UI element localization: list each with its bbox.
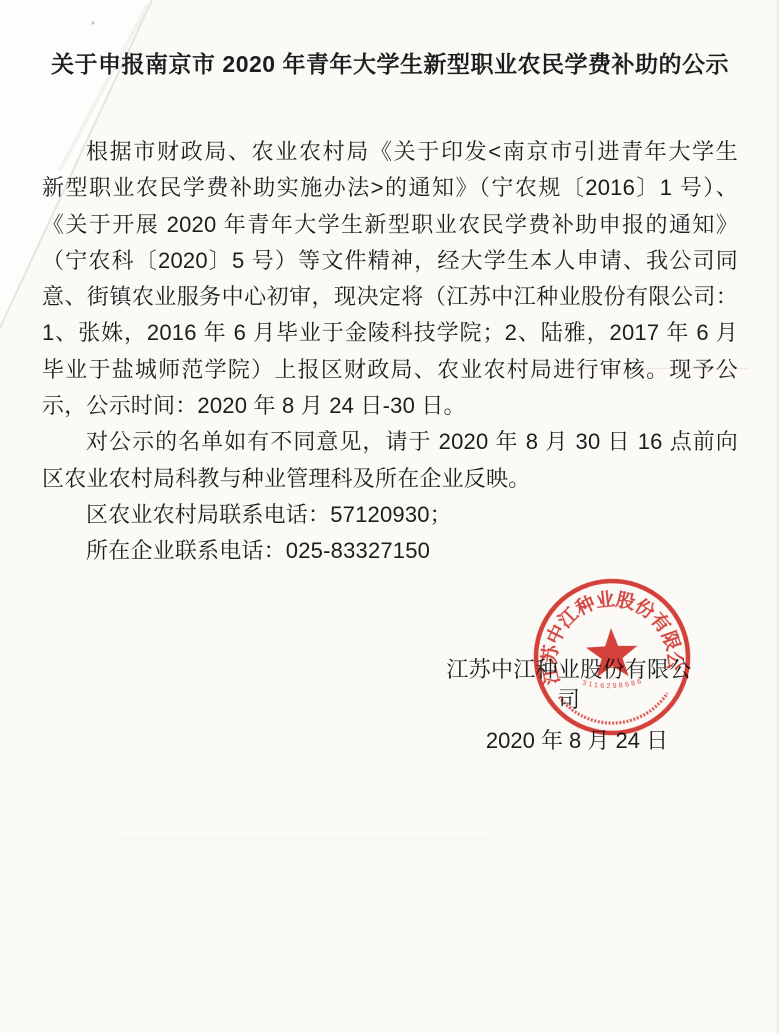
company-seal: 江苏中江种业股份有限公司 3116298686 <box>524 569 700 745</box>
body-line-5: 意、街镇农业服务中心初审，现决定将（江苏中江种业股份有限公司： <box>42 279 738 315</box>
body-line-6: 1、张姝，2016 年 6 月毕业于金陵科技学院；2、陆雅，2017 年 6 月 <box>42 315 738 351</box>
scanned-notice-page: 关于申报南京市 2020 年青年大学生新型职业农民学费补助的公示 根据市财政局、… <box>0 0 780 1033</box>
star-icon <box>585 627 638 678</box>
contact-phone-company: 所在企业联系电话：025-83327150 <box>42 533 738 569</box>
notice-body: 根据市财政局、农业农村局《关于印发<南京市引进青年大学生 新型职业农民学费补助实… <box>42 134 738 570</box>
contact-phone-bureau: 区农业农村局联系电话：57120930； <box>42 497 738 533</box>
body-line-3: 《关于开展 2020 年青年大学生新型职业农民学费补助申报的通知》 <box>42 207 738 243</box>
seal-code: 3116298686 <box>581 678 644 691</box>
body-line-7: 毕业于盐城师范学院）上报区财政局、农业农村局进行审核。现予公 <box>42 352 738 388</box>
body-line-1: 根据市财政局、农业农村局《关于印发<南京市引进青年大学生 <box>42 134 738 170</box>
body-line-9: 对公示的名单如有不同意见，请于 2020 年 8 月 30 日 16 点前向 <box>42 424 738 460</box>
body-line-2: 新型职业农民学费补助实施办法>的通知》（宁农规〔2016〕1 号）、 <box>42 170 738 206</box>
scan-speck <box>91 21 94 24</box>
body-line-4: （宁农科〔2020〕5 号）等文件精神，经大学生本人申请、我公司同 <box>42 243 738 279</box>
page-title: 关于申报南京市 2020 年青年大学生新型职业农民学费补助的公示 <box>40 48 740 80</box>
body-line-8: 示，公示时间：2020 年 8 月 24 日-30 日。 <box>42 388 738 424</box>
seal-code-holder: 3116298686 <box>581 678 644 691</box>
body-line-10: 区农业农村局科教与种业管理科及所在企业反映。 <box>42 461 738 497</box>
